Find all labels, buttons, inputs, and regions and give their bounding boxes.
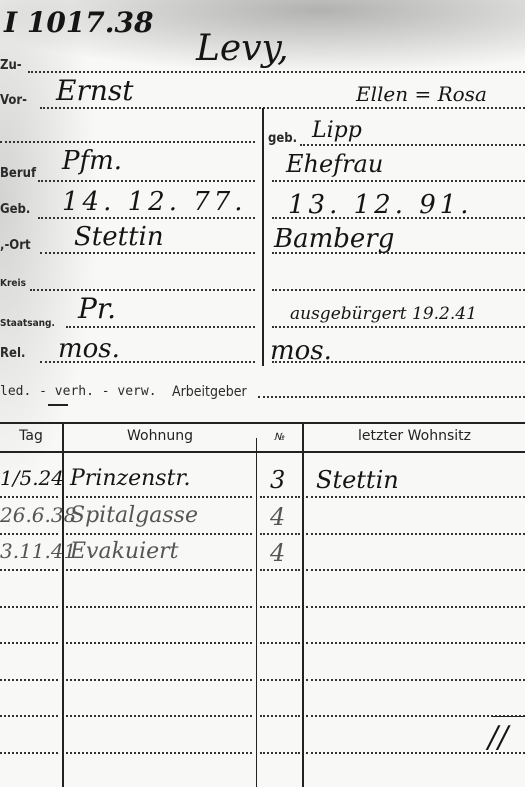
row-line-last-residence xyxy=(306,606,525,608)
wife-district-line xyxy=(272,289,525,291)
marital-status-underline xyxy=(48,404,68,406)
wife-first-name: Ellen = Rosa xyxy=(356,82,487,106)
header-number: № xyxy=(258,432,302,443)
row-line-address xyxy=(66,496,252,498)
footer-mark: // xyxy=(488,720,508,755)
row-line-number xyxy=(260,679,300,681)
birth-place-line xyxy=(40,252,255,254)
wife-citizenship-line xyxy=(272,326,525,328)
row-line-last-residence xyxy=(306,679,525,681)
row-line-last-residence xyxy=(306,642,525,644)
employer-line xyxy=(258,396,525,398)
label-first-name: Vor- xyxy=(0,93,27,108)
row-line-address xyxy=(66,606,252,608)
birth-name-line xyxy=(300,144,525,146)
surname-line xyxy=(28,71,525,73)
label-marital-status: led. - verh. - verw. xyxy=(0,384,157,399)
row-line-last-residence xyxy=(306,496,525,498)
wife-occupation: Ehefrau xyxy=(286,150,383,178)
row-line-number xyxy=(260,752,300,754)
label-religion: Rel. xyxy=(0,346,25,361)
wife-citizenship-note: ausgebürgert 19.2.41 xyxy=(290,304,477,324)
cell-date: 26.6.38 xyxy=(0,503,76,527)
reference-number: I 1017.38 xyxy=(4,6,154,39)
wife-birth-name: Lipp xyxy=(312,118,362,143)
table-header-border xyxy=(0,451,525,453)
first-name-line-2 xyxy=(0,141,255,143)
label-birth-place: ,-Ort xyxy=(0,238,31,253)
label-birth-name: geb. xyxy=(268,131,297,146)
cell-number: 3 xyxy=(270,466,285,494)
first-name-line xyxy=(40,107,525,109)
cell-address: Evakuiert xyxy=(70,539,179,564)
husband-birth-date: 14. 12. 77. xyxy=(62,187,247,217)
surname-value: Levy, xyxy=(196,28,289,69)
wife-religion: mos. xyxy=(270,336,332,366)
husband-occupation: Pfm. xyxy=(62,146,122,176)
header-tag: Tag xyxy=(0,428,62,444)
row-line-date xyxy=(0,752,58,754)
cell-date: 1/5.24 xyxy=(0,466,64,490)
husband-birth-place: Stettin xyxy=(74,222,164,252)
label-citizenship: Staatsang. xyxy=(0,318,55,329)
row-line-date xyxy=(0,715,58,717)
registration-card: I 1017.38 Zu- Levy, Vor- Ernst Ellen = R… xyxy=(0,0,525,787)
table-divider-number xyxy=(256,438,257,787)
label-surname: Zu- xyxy=(0,58,22,73)
row-line-number xyxy=(260,715,300,717)
cell-address: Spitalgasse xyxy=(70,503,198,528)
wife-occupation-line xyxy=(272,180,525,182)
row-line-address xyxy=(66,752,252,754)
row-line-number xyxy=(260,533,300,535)
row-line-address xyxy=(66,715,252,717)
column-divider xyxy=(262,108,264,366)
row-line-address xyxy=(66,642,252,644)
row-line-date xyxy=(0,606,58,608)
table-top-border xyxy=(0,422,525,424)
row-line-number xyxy=(260,642,300,644)
occupation-line xyxy=(38,180,255,182)
row-line-date xyxy=(0,569,58,571)
row-line-date xyxy=(0,679,58,681)
cell-number: 4 xyxy=(270,539,285,567)
label-birth-date: Geb. xyxy=(0,202,30,217)
label-occupation: Beruf xyxy=(0,166,36,181)
row-line-address xyxy=(66,569,252,571)
row-line-number xyxy=(260,606,300,608)
birth-date-line xyxy=(38,217,255,219)
citizenship-line xyxy=(66,326,255,328)
row-line-last-residence xyxy=(306,533,525,535)
row-line-date xyxy=(0,496,58,498)
wife-birth-place: Bamberg xyxy=(274,224,394,254)
district-line xyxy=(30,289,255,291)
row-line-number xyxy=(260,569,300,571)
husband-religion: mos. xyxy=(58,334,120,364)
cell-last-residence: Stettin xyxy=(316,466,399,494)
label-district: Kreis xyxy=(0,278,26,289)
table-divider-last xyxy=(302,422,304,787)
wife-birth-date: 13. 12. 91. xyxy=(288,190,473,220)
header-last-residence: letzter Wohnsitz xyxy=(304,428,525,444)
husband-citizenship: Pr. xyxy=(78,292,116,325)
row-line-address xyxy=(66,679,252,681)
husband-first-name: Ernst xyxy=(56,74,133,107)
header-address: Wohnung xyxy=(64,428,256,444)
footer-mark-overline xyxy=(492,716,525,717)
row-line-date xyxy=(0,642,58,644)
label-employer: Arbeitgeber xyxy=(172,384,247,400)
row-line-address xyxy=(66,533,252,535)
cell-date: 3.11.41 xyxy=(0,539,76,563)
row-line-number xyxy=(260,496,300,498)
row-line-last-residence xyxy=(306,569,525,571)
row-line-date xyxy=(0,533,58,535)
cell-address: Prinzenstr. xyxy=(70,466,191,491)
cell-number: 4 xyxy=(270,503,285,531)
